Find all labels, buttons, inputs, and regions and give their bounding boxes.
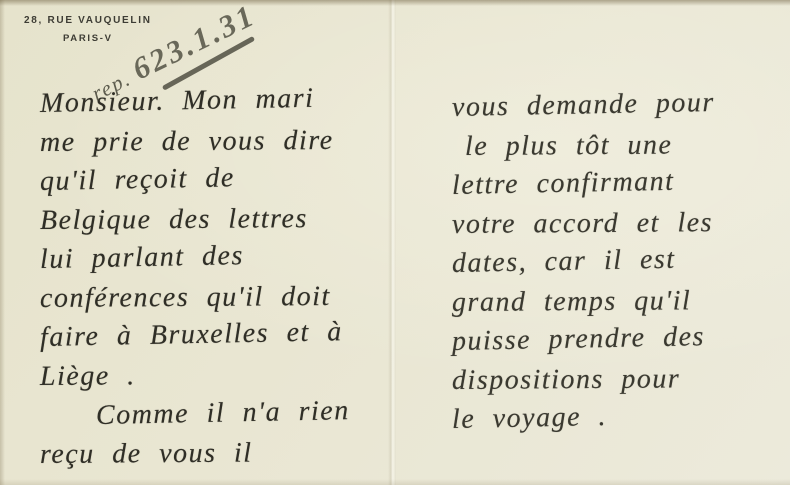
handwritten-line: puisse prendre des (452, 317, 715, 361)
handwritten-line: Monsieur. Mon mari (40, 78, 350, 123)
handwritten-line: votre accord et les (452, 203, 715, 244)
handwritten-line: Belgique des lettres (40, 199, 350, 240)
handwritten-line: Comme il n'a rien (96, 391, 350, 435)
handwritten-line: faire à Bruxelles et à (40, 312, 350, 357)
handwriting-right-column: vous demande pour le plus tôt une lettre… (452, 88, 715, 439)
handwritten-line: lui parlant des (40, 234, 350, 279)
letter-scan: 28, RUE VAUQUELIN PARIS-V rep.623.1.31 M… (0, 0, 790, 485)
letterhead-city: PARIS-V (24, 33, 152, 44)
handwritten-line: lettre confirmant (452, 161, 715, 205)
handwritten-line: le plus tôt une (465, 125, 715, 166)
handwritten-line: vous demande pour (452, 83, 715, 127)
handwritten-line: reçu de vous il (40, 433, 350, 474)
letterhead-address: 28, RUE VAUQUELIN (24, 15, 152, 26)
handwritten-line: le voyage . (452, 395, 715, 439)
center-fold-line (388, 0, 396, 485)
handwritten-line: me prie de vous dire (40, 121, 350, 162)
handwritten-line: dispositions pour (452, 359, 715, 400)
handwritten-line: grand temps qu'il (452, 281, 715, 322)
letterhead: 28, RUE VAUQUELIN PARIS-V (24, 15, 152, 44)
handwritten-line: Liège . (40, 355, 350, 396)
handwritten-line: qu'il reçoit de (40, 156, 350, 201)
handwriting-left-column: Monsieur. Mon mari me prie de vous dire … (40, 84, 350, 474)
handwritten-line: dates, car il est (452, 239, 715, 283)
handwritten-line: conférences qu'il doit (40, 277, 350, 318)
